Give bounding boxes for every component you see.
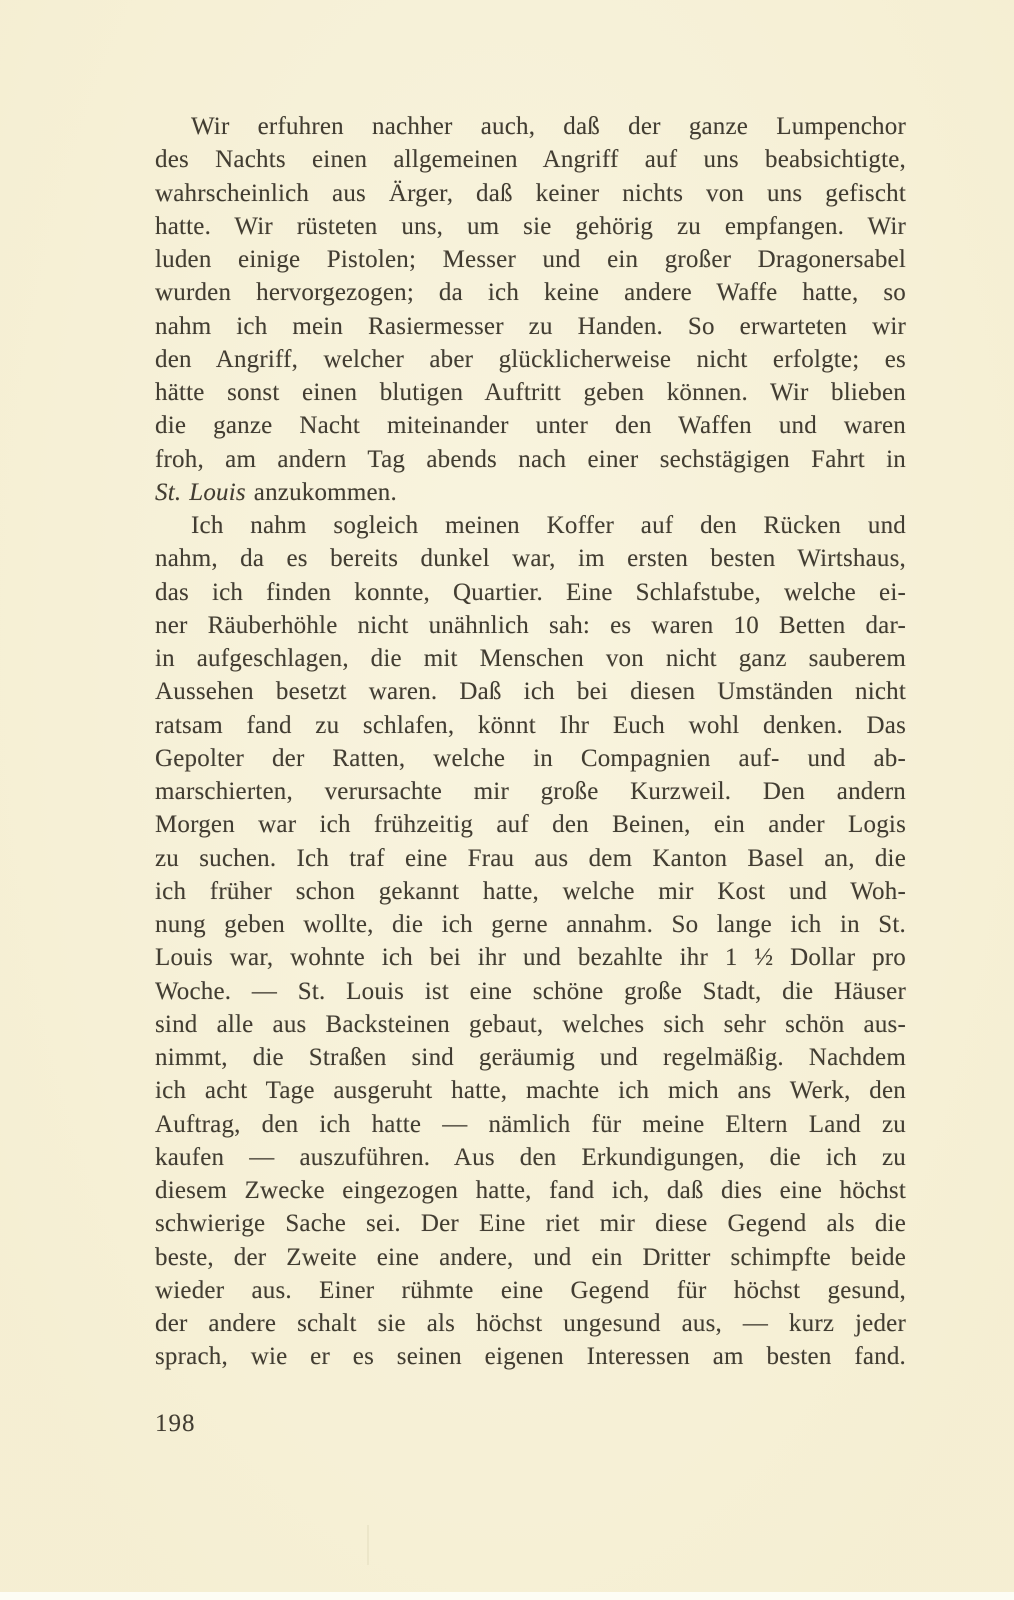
text-segment: marschierten, verursachte mir große Kurz… [155,778,906,805]
text-line: zu suchen. Ich traf eine Frau aus dem Ka… [155,842,906,875]
text-line: Auftrag, den ich hatte — nämlich für mei… [155,1108,906,1141]
text-line: wieder aus. Einer rühmte eine Gegend für… [155,1274,906,1307]
text-segment: in aufgeschlagen, die mit Menschen von n… [155,645,906,672]
text-line: in aufgeschlagen, die mit Menschen von n… [155,642,906,675]
text-line: diesem Zwecke eingezogen hatte, fand ich… [155,1174,906,1207]
text-line: schwierige Sache sei. Der Eine riet mir … [155,1207,906,1240]
text-segment: ich acht Tage ausgeruht hatte, machte ic… [155,1077,906,1104]
text-line: sprach, wie er es seinen eigenen Interes… [155,1340,906,1373]
text-segment: des Nachts einen allgemeinen Angriff auf… [155,146,906,173]
text-line: nimmt, die Straßen sind geräumig und reg… [155,1041,906,1074]
text-segment: der andere schalt sie als höchst ungesun… [155,1310,906,1337]
scan-bottom-edge [0,1592,1014,1600]
text-line: kaufen — auszuführen. Aus den Erkundigun… [155,1141,906,1174]
text-segment: anzukommen. [246,479,397,506]
text-segment: ich früher schon gekannt hatte, welche m… [155,878,906,905]
text-line: das ich finden konnte, Quartier. Eine Sc… [155,576,906,609]
text-segment: wurden hervorgezogen; da ich keine ander… [155,279,906,306]
text-line: Woche. — St. Louis ist eine schöne große… [155,975,906,1008]
text-line: Morgen war ich frühzeitig auf den Beinen… [155,808,906,841]
text-segment: froh, am andern Tag abends nach einer se… [155,446,906,473]
text-segment: Morgen war ich frühzeitig auf den Beinen… [155,811,906,838]
text-line: marschierten, verursachte mir große Kurz… [155,775,906,808]
text-segment: luden einige Pistolen; Messer und ein gr… [155,246,906,273]
text-line: nahm ich mein Rasiermesser zu Handen. So… [155,310,906,343]
text-line: luden einige Pistolen; Messer und ein gr… [155,243,906,276]
text-segment: zu suchen. Ich traf eine Frau aus dem Ka… [155,845,906,872]
text-segment: hätte sonst einen blutigen Auftritt gebe… [155,379,906,406]
text-segment: wahrscheinlich aus Ärger, daß keiner nic… [155,180,906,207]
text-line: den Angriff, welcher aber glücklicherwei… [155,343,906,376]
text-line: ner Räuberhöhle nicht unähnlich sah: es … [155,609,906,642]
text-line: Gepolter der Ratten, welche in Compagnie… [155,742,906,775]
page-text: Wir erfuhren nachher auch, daß der ganze… [155,110,906,1374]
text-segment: sprach, wie er es seinen eigenen Interes… [155,1343,906,1370]
text-segment: diesem Zwecke eingezogen hatte, fand ich… [155,1177,906,1204]
text-line: wahrscheinlich aus Ärger, daß keiner nic… [155,177,906,210]
text-line: ich acht Tage ausgeruht hatte, machte ic… [155,1074,906,1107]
text-line: Wir erfuhren nachher auch, daß der ganze… [155,110,906,143]
text-line: des Nachts einen allgemeinen Angriff auf… [155,143,906,176]
text-segment: wieder aus. Einer rühmte eine Gegend für… [155,1277,906,1304]
text-line: Ich nahm sogleich meinen Koffer auf den … [155,509,906,542]
text-segment: die ganze Nacht miteinander unter den Wa… [155,412,906,439]
text-segment: Woche. — St. Louis ist eine schöne große… [155,978,906,1005]
text-segment: Ich nahm sogleich meinen Koffer auf den … [191,512,906,539]
text-segment: Wir erfuhren nachher auch, daß der ganze… [191,113,906,140]
italic-text-segment: St. Louis [155,479,246,506]
text-line: Louis war, wohnte ich bei ihr und bezahl… [155,941,906,974]
text-segment: Aussehen besetzt waren. Daß ich bei dies… [155,678,906,705]
text-segment: das ich finden konnte, Quartier. Eine Sc… [155,579,906,606]
text-line: hatte. Wir rüsteten uns, um sie gehörig … [155,210,906,243]
text-segment: Gepolter der Ratten, welche in Compagnie… [155,745,906,772]
book-page: Wir erfuhren nachher auch, daß der ganze… [0,0,1014,1600]
text-line: St. Louis anzukommen. [155,476,906,509]
text-segment: ner Räuberhöhle nicht unähnlich sah: es … [155,612,906,639]
text-line: sind alle aus Backsteinen gebaut, welche… [155,1008,906,1041]
scan-artifact-line [367,1525,369,1565]
text-segment: schwierige Sache sei. Der Eine riet mir … [155,1210,906,1237]
text-segment: kaufen — auszuführen. Aus den Erkundigun… [155,1144,906,1171]
page-number: 198 [155,1407,196,1440]
text-segment: sind alle aus Backsteinen gebaut, welche… [155,1011,906,1038]
text-line: ratsam fand zu schlafen, könnt Ihr Euch … [155,709,906,742]
text-line: beste, der Zweite eine andere, und ein D… [155,1241,906,1274]
text-line: nung geben wollte, die ich gerne annahm.… [155,908,906,941]
text-segment: nimmt, die Straßen sind geräumig und reg… [155,1044,906,1071]
text-line: wurden hervorgezogen; da ich keine ander… [155,276,906,309]
text-segment: nahm ich mein Rasiermesser zu Handen. So… [155,313,906,340]
text-segment: nung geben wollte, die ich gerne annahm.… [155,911,906,938]
text-segment: nahm, da es bereits dunkel war, im erste… [155,545,906,572]
text-line: nahm, da es bereits dunkel war, im erste… [155,542,906,575]
text-line: froh, am andern Tag abends nach einer se… [155,443,906,476]
text-line: Aussehen besetzt waren. Daß ich bei dies… [155,675,906,708]
text-segment: hatte. Wir rüsteten uns, um sie gehörig … [155,213,906,240]
text-segment: beste, der Zweite eine andere, und ein D… [155,1244,906,1271]
text-segment: den Angriff, welcher aber glücklicherwei… [155,346,906,373]
text-segment: ratsam fand zu schlafen, könnt Ihr Euch … [155,712,906,739]
text-line: die ganze Nacht miteinander unter den Wa… [155,409,906,442]
text-segment: Auftrag, den ich hatte — nämlich für mei… [155,1111,906,1138]
text-line: der andere schalt sie als höchst ungesun… [155,1307,906,1340]
text-line: hätte sonst einen blutigen Auftritt gebe… [155,376,906,409]
text-line: ich früher schon gekannt hatte, welche m… [155,875,906,908]
text-segment: Louis war, wohnte ich bei ihr und bezahl… [155,944,906,971]
